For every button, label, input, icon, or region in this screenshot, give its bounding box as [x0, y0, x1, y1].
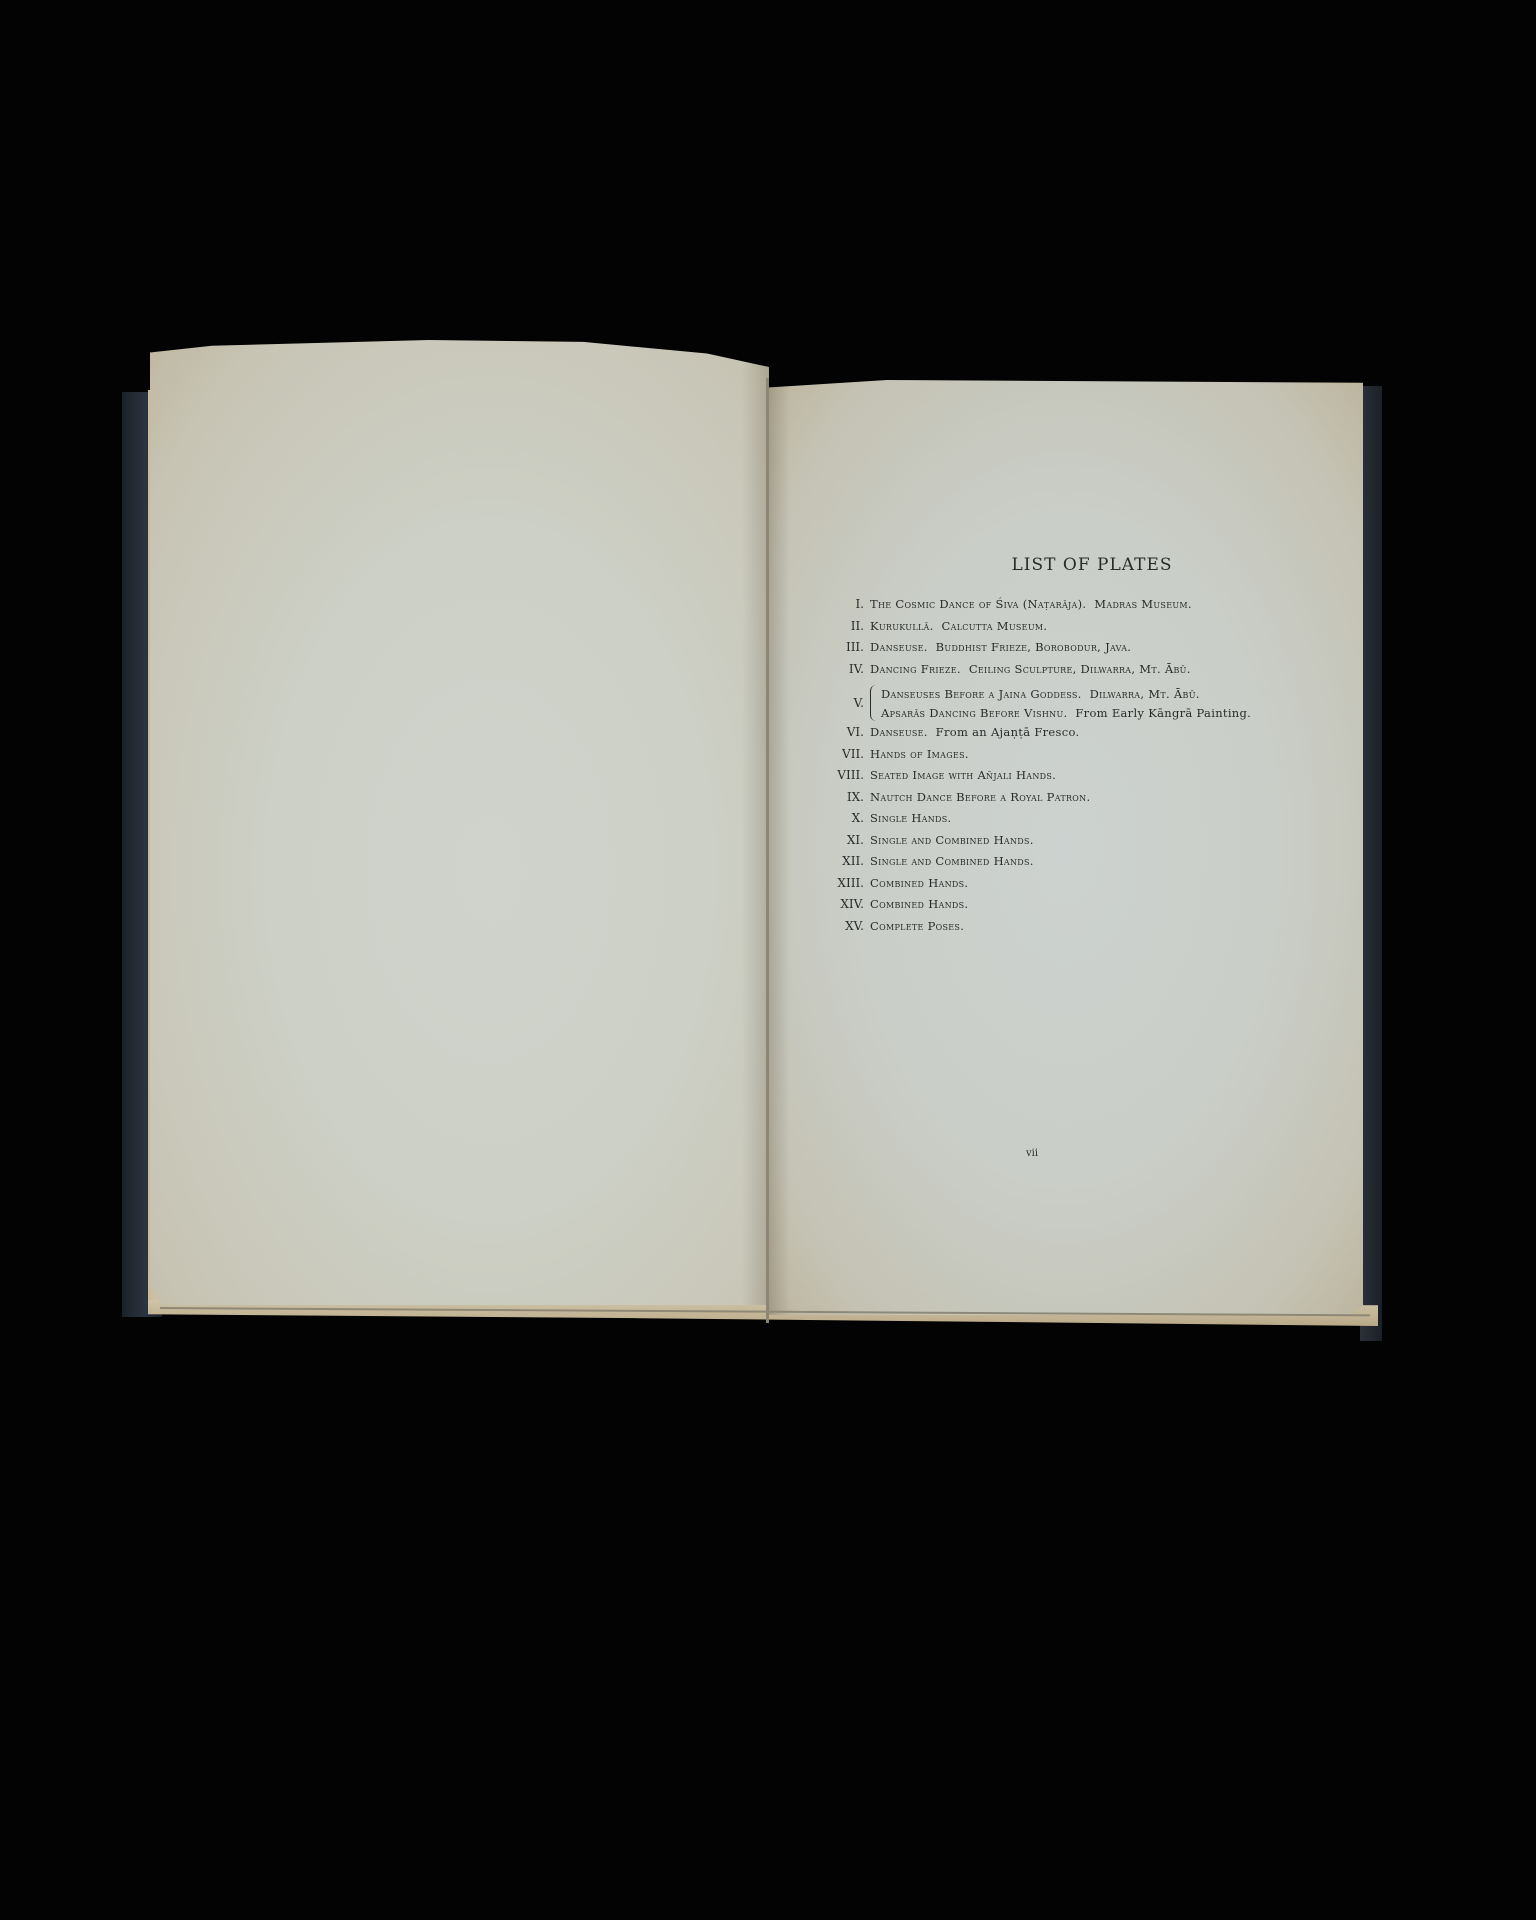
plate-entry: XII. Single and Combined Hands.	[820, 854, 1340, 876]
plate-entry: II. Kurukullā. Calcutta Museum.	[820, 619, 1340, 641]
plate-number: IV.	[820, 662, 870, 676]
plate-entry: IV. Dancing Frieze. Ceiling Sculpture, D…	[820, 662, 1340, 684]
plate-entry-grouped: V. Danseuses Before a Jaina Goddess. Dil…	[820, 681, 1340, 725]
plate-number: IX.	[820, 790, 870, 804]
brace-icon	[870, 685, 878, 721]
plate-caption: Kurukullā. Calcutta Museum.	[870, 619, 1047, 633]
plate-number: XV.	[820, 919, 870, 933]
plate-caption: Single Hands.	[870, 811, 952, 825]
book-cover-right-edge	[1360, 386, 1382, 1341]
plate-entry: XI. Single and Combined Hands.	[820, 833, 1340, 855]
left-page-blank	[150, 340, 769, 1305]
plate-caption: Combined Hands.	[870, 876, 968, 890]
plate-entry: X. Single Hands.	[820, 811, 1340, 833]
plate-number: XIV.	[820, 897, 870, 911]
book-gutter	[766, 378, 769, 1323]
open-book: LIST OF PLATES I. The Cosmic Dance of Śi…	[0, 0, 1536, 1920]
page-number: vii	[1026, 1148, 1038, 1159]
plate-number: VII.	[820, 747, 870, 761]
plate-caption: The Cosmic Dance of Śiva (Naṭarāja). Mad…	[870, 597, 1192, 611]
plate-number: XII.	[820, 854, 870, 868]
plate-entry: XIII. Combined Hands.	[820, 876, 1340, 898]
plate-caption: Dancing Frieze. Ceiling Sculpture, Dilwa…	[870, 662, 1191, 676]
plate-number: XI.	[820, 833, 870, 847]
plate-entry: I. The Cosmic Dance of Śiva (Naṭarāja). …	[820, 597, 1340, 619]
plate-caption: Nautch Dance Before a Royal Patron.	[870, 790, 1090, 804]
plate-entry: VII. Hands of Images.	[820, 747, 1340, 769]
page-title: LIST OF PLATES	[832, 555, 1352, 575]
plate-caption: Combined Hands.	[870, 897, 968, 911]
plate-number: II.	[820, 619, 870, 633]
plate-caption: Single and Combined Hands.	[870, 833, 1034, 847]
plate-number: I.	[820, 597, 870, 611]
plate-caption: Danseuse. Buddhist Frieze, Borobodur, Ja…	[870, 640, 1131, 654]
plate-entry: XIV. Combined Hands.	[820, 897, 1340, 919]
list-of-plates: LIST OF PLATES I. The Cosmic Dance of Śi…	[820, 555, 1340, 940]
plate-caption: Seated Image with Añjali Hands.	[870, 768, 1056, 782]
plate-entry: IX. Nautch Dance Before a Royal Patron.	[820, 790, 1340, 812]
plate-entry: VI. Danseuse. From an Ajaṇṭā Fresco.	[820, 725, 1340, 747]
plate-entry: VIII. Seated Image with Añjali Hands.	[820, 768, 1340, 790]
plate-number: VI.	[820, 725, 870, 739]
plate-entry: III. Danseuse. Buddhist Frieze, Borobodu…	[820, 640, 1340, 662]
plate-caption: Danseuse. From an Ajaṇṭā Fresco.	[870, 725, 1079, 739]
plate-number: III.	[820, 640, 870, 654]
plate-number: VIII.	[820, 768, 870, 782]
plate-entry: XV. Complete Poses.	[820, 919, 1340, 941]
plate-caption: Complete Poses.	[870, 919, 964, 933]
plate-caption: Danseuses Before a Jaina Goddess. Dilwar…	[881, 687, 1251, 701]
plate-caption: Apsarās Dancing Before Vishnu. From Earl…	[881, 706, 1251, 720]
plate-caption: Hands of Images.	[870, 747, 969, 761]
plate-number: XIII.	[820, 876, 870, 890]
plate-number: X.	[820, 811, 870, 825]
plate-caption: Single and Combined Hands.	[870, 854, 1034, 868]
plate-number: V.	[820, 696, 870, 710]
